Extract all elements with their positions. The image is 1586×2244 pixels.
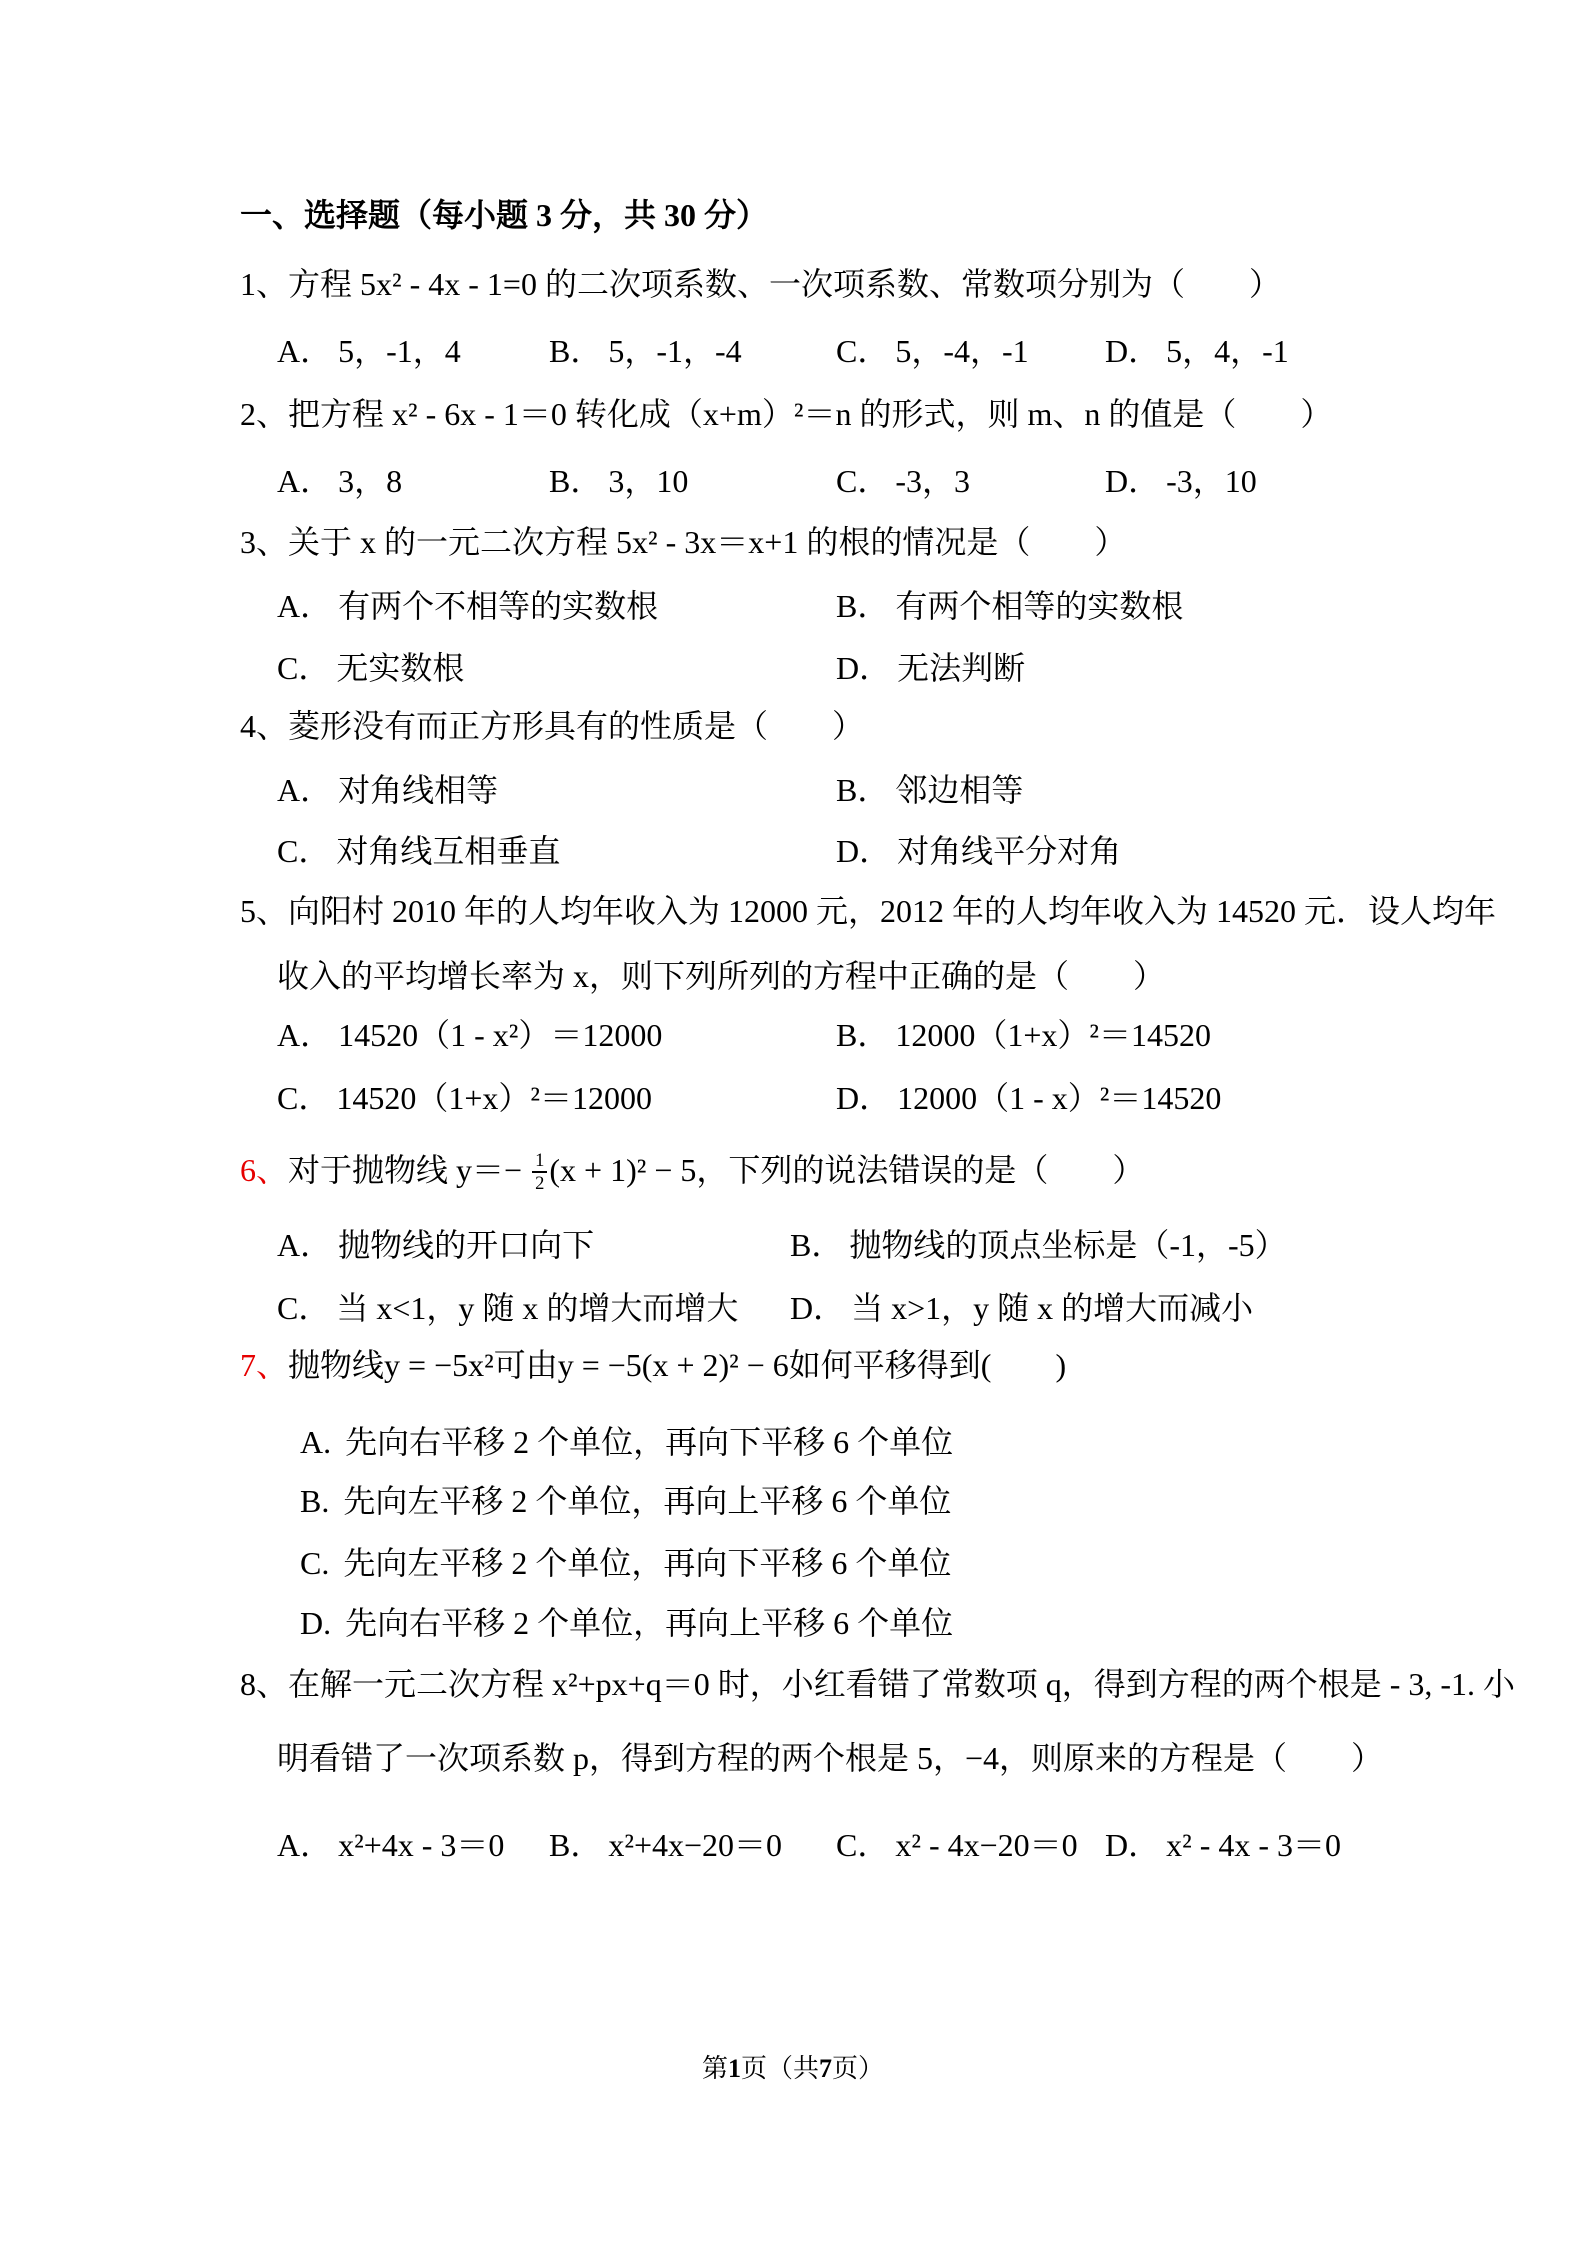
q6-fraction-denominator: 2 (532, 1173, 547, 1194)
q5-option-d-label: D． (836, 1080, 891, 1116)
q1-option-d: D．5，4，-1 (1105, 333, 1289, 370)
q5-option-d: D．12000（1 - x）²＝14520 (836, 1080, 1221, 1117)
q6-fraction-numerator: 1 (532, 1150, 547, 1173)
q4-option-d-text: 对角线平分对角 (897, 833, 1121, 869)
q4-option-c-text: 对角线互相垂直 (336, 833, 560, 869)
q2-option-b-text: 3，10 (608, 463, 688, 499)
q3-option-d-label: D． (836, 650, 891, 686)
q5-option-c: C．14520（1+x）²＝12000 (277, 1080, 652, 1117)
q2-stem-text: 把方程 x² - 6x - 1＝0 转化成（x+m）²＝n 的形式，则 m、n … (288, 396, 1332, 432)
q2-option-a: A．3，8 (277, 463, 402, 500)
total-pages: 7 (819, 2054, 832, 2083)
q8-option-d-label: D． (1105, 1827, 1160, 1863)
q7-stem: 7、抛物线y = −5x²可由y = −5(x + 2)² − 6如何平移得到(… (240, 1347, 1066, 1384)
q6-stem-after: (x + 1)² − 5，下列的说法错误的是（ ） (549, 1152, 1144, 1188)
q2-stem: 2、把方程 x² - 6x - 1＝0 转化成（x+m）²＝n 的形式，则 m、… (240, 396, 1332, 433)
q6-option-c-label: C． (277, 1290, 330, 1326)
q7-option-c-text: 先向左平移 2 个单位，再向下平移 6 个单位 (343, 1545, 951, 1581)
q6-stem: 6、对于抛物线 y＝− 12(x + 1)² − 5，下列的说法错误的是（ ） (240, 1150, 1144, 1195)
q7-option-c-label: C. (300, 1545, 337, 1581)
q3-option-a-label: A． (277, 588, 332, 624)
q3-option-d-text: 无法判断 (897, 650, 1025, 686)
page-footer: 第1页（共7页） (0, 2048, 1586, 2085)
q6-stem-before: 对于抛物线 y＝− (288, 1152, 530, 1188)
q6-option-b-label: B． (790, 1227, 843, 1263)
q2-option-d-text: -3，10 (1166, 463, 1257, 499)
q5-stem-line2: 收入的平均增长率为 x，则下列所列的方程中正确的是（ ） (277, 958, 1165, 995)
q7-option-d-text: 先向右平移 2 个单位，再向上平移 6 个单位 (345, 1605, 953, 1641)
q8-option-a-text: x²+4x - 3＝0 (338, 1827, 504, 1863)
q1-option-a-text: 5，-1，4 (338, 333, 461, 369)
footer-label-after: 页） (832, 2054, 884, 2083)
q6-option-a-label: A． (277, 1227, 332, 1263)
q4-option-b: B．邻边相等 (836, 772, 1023, 809)
q1-option-d-label: D． (1105, 333, 1160, 369)
q7-option-c: C. 先向左平移 2 个单位，再向下平移 6 个单位 (300, 1545, 951, 1582)
q7-option-b-label: B. (300, 1483, 337, 1519)
q3-option-c-text: 无实数根 (336, 650, 464, 686)
q7-option-a: A. 先向右平移 2 个单位，再向下平移 6 个单位 (300, 1424, 953, 1461)
q5-stem-line2-text: 收入的平均增长率为 x，则下列所列的方程中正确的是（ ） (277, 958, 1165, 994)
q8-number: 8、 (240, 1666, 288, 1702)
q1-option-a: A．5，-1，4 (277, 333, 461, 370)
q4-option-a-text: 对角线相等 (338, 772, 498, 808)
q8-option-a: A．x²+4x - 3＝0 (277, 1827, 504, 1864)
q8-option-d: D．x² - 4x - 3＝0 (1105, 1827, 1341, 1864)
q4-option-a: A．对角线相等 (277, 772, 498, 809)
q2-option-c: C．-3，3 (836, 463, 970, 500)
q1-option-c-label: C． (836, 333, 889, 369)
q2-option-d-label: D． (1105, 463, 1160, 499)
q3-option-b-label: B． (836, 588, 889, 624)
q7-option-b-text: 先向左平移 2 个单位，再向上平移 6 个单位 (343, 1483, 951, 1519)
q4-option-a-label: A． (277, 772, 332, 808)
q1-option-d-text: 5，4，-1 (1166, 333, 1289, 369)
q1-option-b-text: 5，-1，-4 (608, 333, 741, 369)
q8-option-b-label: B． (549, 1827, 602, 1863)
q8-stem-line1-text: 在解一元二次方程 x²+px+q＝0 时，小红看错了常数项 q，得到方程的两个根… (288, 1666, 1515, 1702)
q1-stem-text: 方程 5x² - 4x - 1=0 的二次项系数、一次项系数、常数项分别为（ ） (288, 266, 1281, 302)
q2-option-c-text: -3，3 (895, 463, 970, 499)
q3-option-c: C．无实数根 (277, 650, 464, 687)
exam-page: 一、选择题（每小题 3 分，共 30 分） 1、方程 5x² - 4x - 1=… (0, 0, 1586, 2244)
q7-option-a-text: 先向右平移 2 个单位，再向下平移 6 个单位 (345, 1424, 953, 1460)
q8-option-c-text: x² - 4x−20＝0 (895, 1827, 1077, 1863)
q4-option-b-text: 邻边相等 (895, 772, 1023, 808)
q1-number: 1、 (240, 266, 288, 302)
q3-option-b: B．有两个相等的实数根 (836, 588, 1183, 625)
q1-stem: 1、方程 5x² - 4x - 1=0 的二次项系数、一次项系数、常数项分别为（… (240, 266, 1281, 303)
q2-option-a-text: 3，8 (338, 463, 402, 499)
q7-number: 7、 (240, 1347, 288, 1383)
q1-option-b-label: B． (549, 333, 602, 369)
q8-option-d-text: x² - 4x - 3＝0 (1166, 1827, 1341, 1863)
q2-number: 2、 (240, 396, 288, 432)
q1-option-a-label: A． (277, 333, 332, 369)
q2-option-a-label: A． (277, 463, 332, 499)
q6-option-b-text: 抛物线的顶点坐标是（-1，-5） (849, 1227, 1286, 1263)
footer-label-before: 第 (702, 2054, 728, 2083)
q2-option-b: B．3，10 (549, 463, 688, 500)
q6-option-a: A．抛物线的开口向下 (277, 1227, 594, 1264)
q5-stem-line1-text: 向阳村 2010 年的人均年收入为 12000 元，2012 年的人均年收入为 … (288, 893, 1496, 929)
q2-option-c-label: C． (836, 463, 889, 499)
q5-stem-line1: 5、向阳村 2010 年的人均年收入为 12000 元，2012 年的人均年收入… (240, 893, 1496, 930)
footer-label-middle: 页（共 (741, 2054, 819, 2083)
q8-option-a-label: A． (277, 1827, 332, 1863)
q8-stem-line2-text: 明看错了一次项系数 p，得到方程的两个根是 5，−4，则原来的方程是（ ） (277, 1740, 1383, 1776)
q1-option-c: C．5，-4，-1 (836, 333, 1029, 370)
q7-option-b: B. 先向左平移 2 个单位，再向上平移 6 个单位 (300, 1483, 951, 1520)
q4-option-c-label: C． (277, 833, 330, 869)
q3-option-d: D．无法判断 (836, 650, 1025, 687)
q8-option-c: C．x² - 4x−20＝0 (836, 1827, 1078, 1864)
q2-option-d: D．-3，10 (1105, 463, 1257, 500)
q6-option-d: D．当 x>1，y 随 x 的增大而减小 (790, 1290, 1253, 1327)
q1-option-b: B．5，-1，-4 (549, 333, 742, 370)
q5-option-b-label: B． (836, 1017, 889, 1053)
q5-option-a: A．14520（1 - x²）＝12000 (277, 1017, 662, 1054)
q3-number: 3、 (240, 524, 288, 560)
q3-option-b-text: 有两个相等的实数根 (895, 588, 1183, 624)
q8-option-c-label: C． (836, 1827, 889, 1863)
q5-option-d-text: 12000（1 - x）²＝14520 (897, 1080, 1221, 1116)
q3-option-c-label: C． (277, 650, 330, 686)
q7-option-d: D. 先向右平移 2 个单位，再向上平移 6 个单位 (300, 1605, 953, 1642)
q4-option-b-label: B． (836, 772, 889, 808)
section-header: 一、选择题（每小题 3 分，共 30 分） (240, 197, 768, 234)
q8-stem-line1: 8、在解一元二次方程 x²+px+q＝0 时，小红看错了常数项 q，得到方程的两… (240, 1666, 1515, 1703)
q7-option-a-label: A. (300, 1424, 339, 1460)
page-number: 1 (728, 2054, 741, 2083)
q5-option-b-text: 12000（1+x）²＝14520 (895, 1017, 1211, 1053)
q5-option-c-label: C． (277, 1080, 330, 1116)
q5-option-a-label: A． (277, 1017, 332, 1053)
q3-option-a: A．有两个不相等的实数根 (277, 588, 658, 625)
q4-option-d: D．对角线平分对角 (836, 833, 1121, 870)
q4-stem-text: 菱形没有而正方形具有的性质是（ ） (288, 708, 864, 744)
q6-option-a-text: 抛物线的开口向下 (338, 1227, 594, 1263)
q7-option-d-label: D. (300, 1605, 339, 1641)
q5-option-c-text: 14520（1+x）²＝12000 (336, 1080, 652, 1116)
q6-option-c-text: 当 x<1，y 随 x 的增大而增大 (336, 1290, 738, 1326)
q1-option-c-text: 5，-4，-1 (895, 333, 1028, 369)
q4-option-d-label: D． (836, 833, 891, 869)
q5-option-a-text: 14520（1 - x²）＝12000 (338, 1017, 662, 1053)
q3-stem: 3、关于 x 的一元二次方程 5x² - 3x＝x+1 的根的情况是（ ） (240, 524, 1126, 561)
q5-number: 5、 (240, 893, 288, 929)
q3-option-a-text: 有两个不相等的实数根 (338, 588, 658, 624)
q6-fraction: 12 (532, 1150, 547, 1195)
q5-option-b: B．12000（1+x）²＝14520 (836, 1017, 1211, 1054)
q3-stem-text: 关于 x 的一元二次方程 5x² - 3x＝x+1 的根的情况是（ ） (288, 524, 1126, 560)
q8-option-b: B．x²+4x−20＝0 (549, 1827, 782, 1864)
q4-stem: 4、菱形没有而正方形具有的性质是（ ） (240, 708, 864, 745)
q2-option-b-label: B． (549, 463, 602, 499)
q4-option-c: C．对角线互相垂直 (277, 833, 560, 870)
q8-stem-line2: 明看错了一次项系数 p，得到方程的两个根是 5，−4，则原来的方程是（ ） (277, 1740, 1383, 1777)
q6-option-d-text: 当 x>1，y 随 x 的增大而减小 (851, 1290, 1253, 1326)
q6-option-d-label: D． (790, 1290, 845, 1326)
q7-stem-text: 抛物线y = −5x²可由y = −5(x + 2)² − 6如何平移得到( ) (288, 1347, 1066, 1383)
q6-option-b: B．抛物线的顶点坐标是（-1，-5） (790, 1227, 1287, 1264)
q6-number: 6、 (240, 1152, 288, 1188)
q6-option-c: C．当 x<1，y 随 x 的增大而增大 (277, 1290, 738, 1327)
q4-number: 4、 (240, 708, 288, 744)
q8-option-b-text: x²+4x−20＝0 (608, 1827, 782, 1863)
